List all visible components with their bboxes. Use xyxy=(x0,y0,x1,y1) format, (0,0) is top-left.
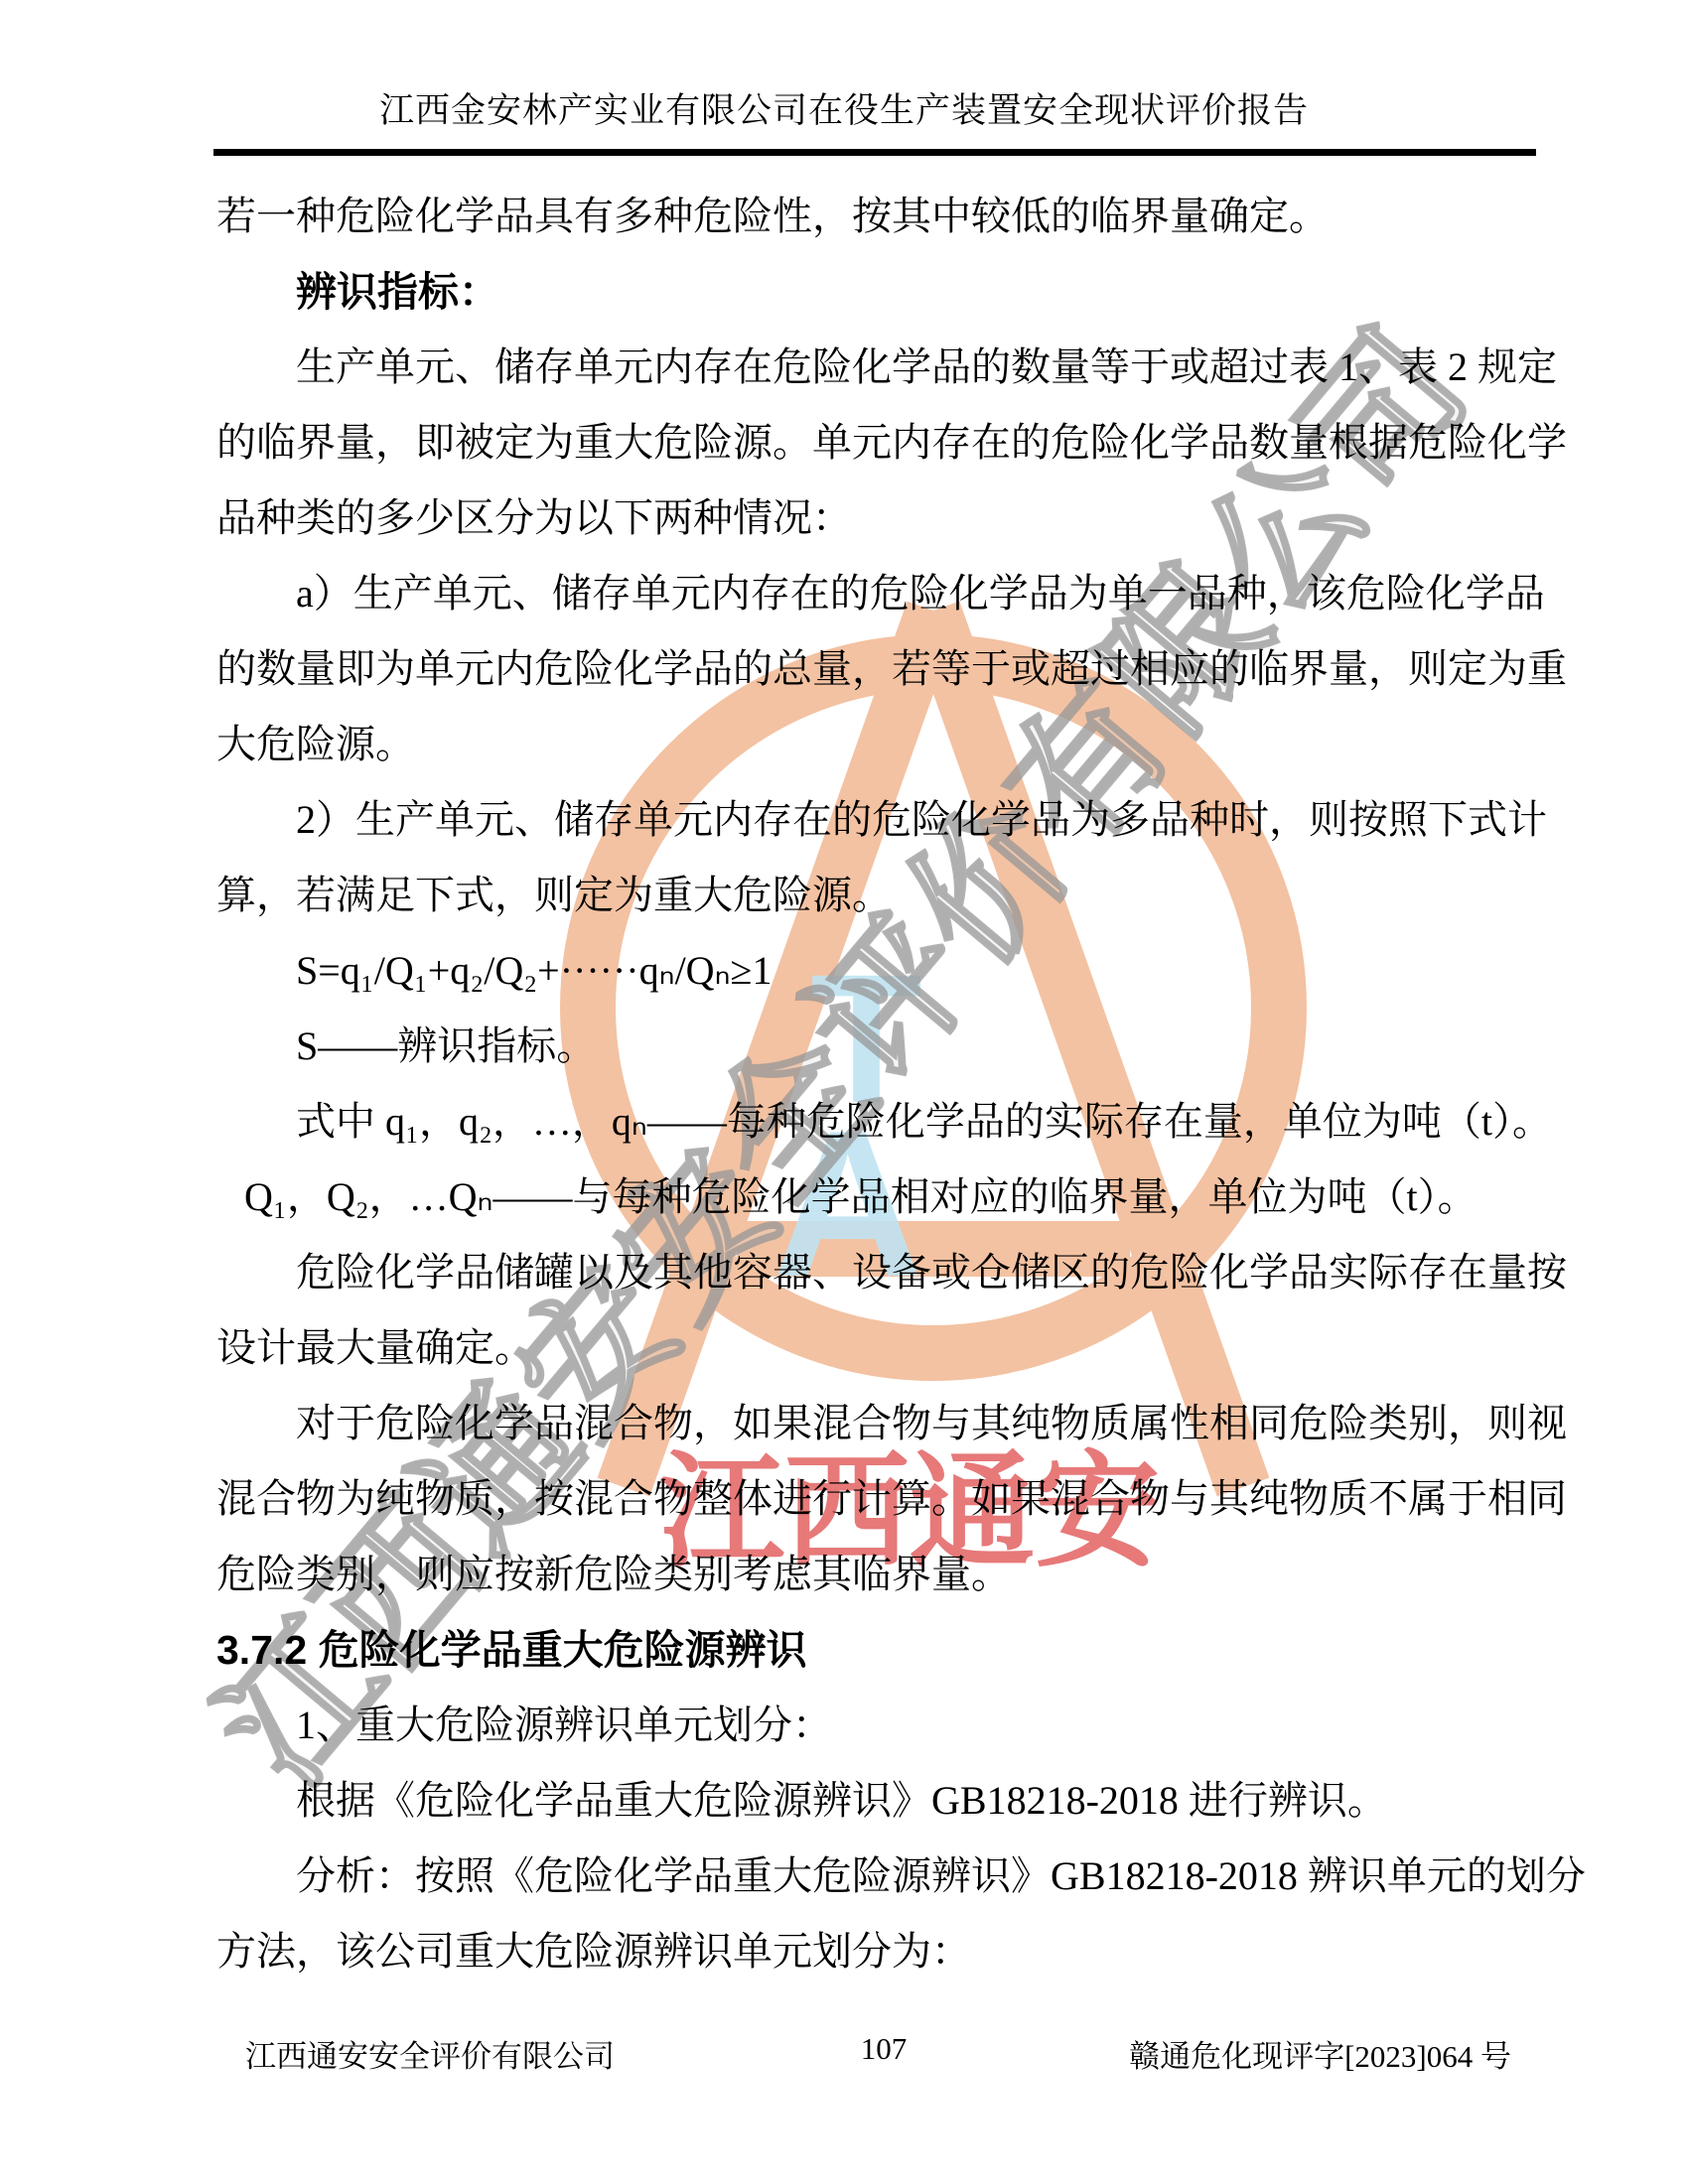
body-line: a）生产单元、储存单元内存在的危险化学品为单一品种，该危险化学品 xyxy=(216,556,1547,631)
body-line: 分析：按照《危险化学品重大危险源辨识》GB18218-2018 辨识单元的划分 xyxy=(216,1839,1547,1914)
body-line: 设计最大量确定。 xyxy=(216,1310,1547,1386)
body-line: 的数量即为单元内危险化学品的总量，若等于或超过相应的临界量，则定为重 xyxy=(216,631,1547,707)
body-line: 生产单元、储存单元内存在危险化学品的数量等于或超过表 1、表 2 规定 xyxy=(216,330,1547,405)
body-line: S——辨识指标。 xyxy=(216,1009,1547,1084)
footer-company-name: 江西通安安全评价有限公司 xyxy=(245,2031,615,2076)
body-line: 对于危险化学品混合物，如果混合物与其纯物质属性相同危险类别，则视 xyxy=(216,1386,1547,1461)
body-line: 根据《危险化学品重大危险源辨识》GB18218-2018 进行辨识。 xyxy=(216,1763,1547,1839)
body-line: 2）生产单元、储存单元内存在的危险化学品为多品种时，则按照下式计 xyxy=(216,782,1547,858)
body-line: 方法，该公司重大危险源辨识单元划分为： xyxy=(216,1914,1547,1989)
formula-line: S=q₁/Q₁+q₂/Q₂+······qₙ/Qₙ≥1 xyxy=(216,933,1547,1009)
body-line: 式中 q₁，q₂，…，qₙ——每种危险化学品的实际存在量，单位为吨（t）。 xyxy=(216,1084,1547,1160)
header-rule xyxy=(213,149,1536,156)
body-line: Q₁，Q₂，…Qₙ——与每种危险化学品相对应的临界量，单位为吨（t）。 xyxy=(216,1160,1547,1235)
body-line: 算，若满足下式，则定为重大危险源。 xyxy=(216,858,1547,933)
document-content: 江西金安林产实业有限公司在役生产装置安全现状评价报告 若一种危险化学品具有多种危… xyxy=(0,0,1688,2184)
footer-document-number: 赣通危化现评字[2023]064 号 xyxy=(1129,2031,1511,2076)
body-text-block: 若一种危险化学品具有多种危险性，按其中较低的临界量确定。 辨识指标： 生产单元、… xyxy=(216,179,1547,1989)
report-page: T A 江西通安安全评价有限公司 江西通安 江西金安林产实业有限公司在役生产装置… xyxy=(0,0,1688,2184)
body-line: 危险化学品储罐以及其他容器、设备或仓储区的危险化学品实际存在量按 xyxy=(216,1235,1547,1310)
body-line: 混合物为纯物质，按混合物整体进行计算。如果混合物与其纯物质不属于相同 xyxy=(216,1461,1547,1537)
body-line: 的临界量，即被定为重大危险源。单元内存在的危险化学品数量根据危险化学 xyxy=(216,405,1547,480)
footer-page-number: 107 xyxy=(861,2031,908,2067)
section-heading: 3.7.2 危险化学品重大危险源辨识 xyxy=(216,1612,1547,1688)
body-line: 危险类别，则应按新危险类别考虑其临界量。 xyxy=(216,1537,1547,1612)
body-line: 若一种危险化学品具有多种危险性，按其中较低的临界量确定。 xyxy=(216,179,1547,254)
body-line-bold: 辨识指标： xyxy=(216,254,1547,330)
body-line: 品种类的多少区分为以下两种情况： xyxy=(216,480,1547,556)
body-line: 1、重大危险源辨识单元划分： xyxy=(216,1688,1547,1763)
body-line: 大危险源。 xyxy=(216,707,1547,782)
page-header-title: 江西金安林产实业有限公司在役生产装置安全现状评价报告 xyxy=(0,83,1688,133)
